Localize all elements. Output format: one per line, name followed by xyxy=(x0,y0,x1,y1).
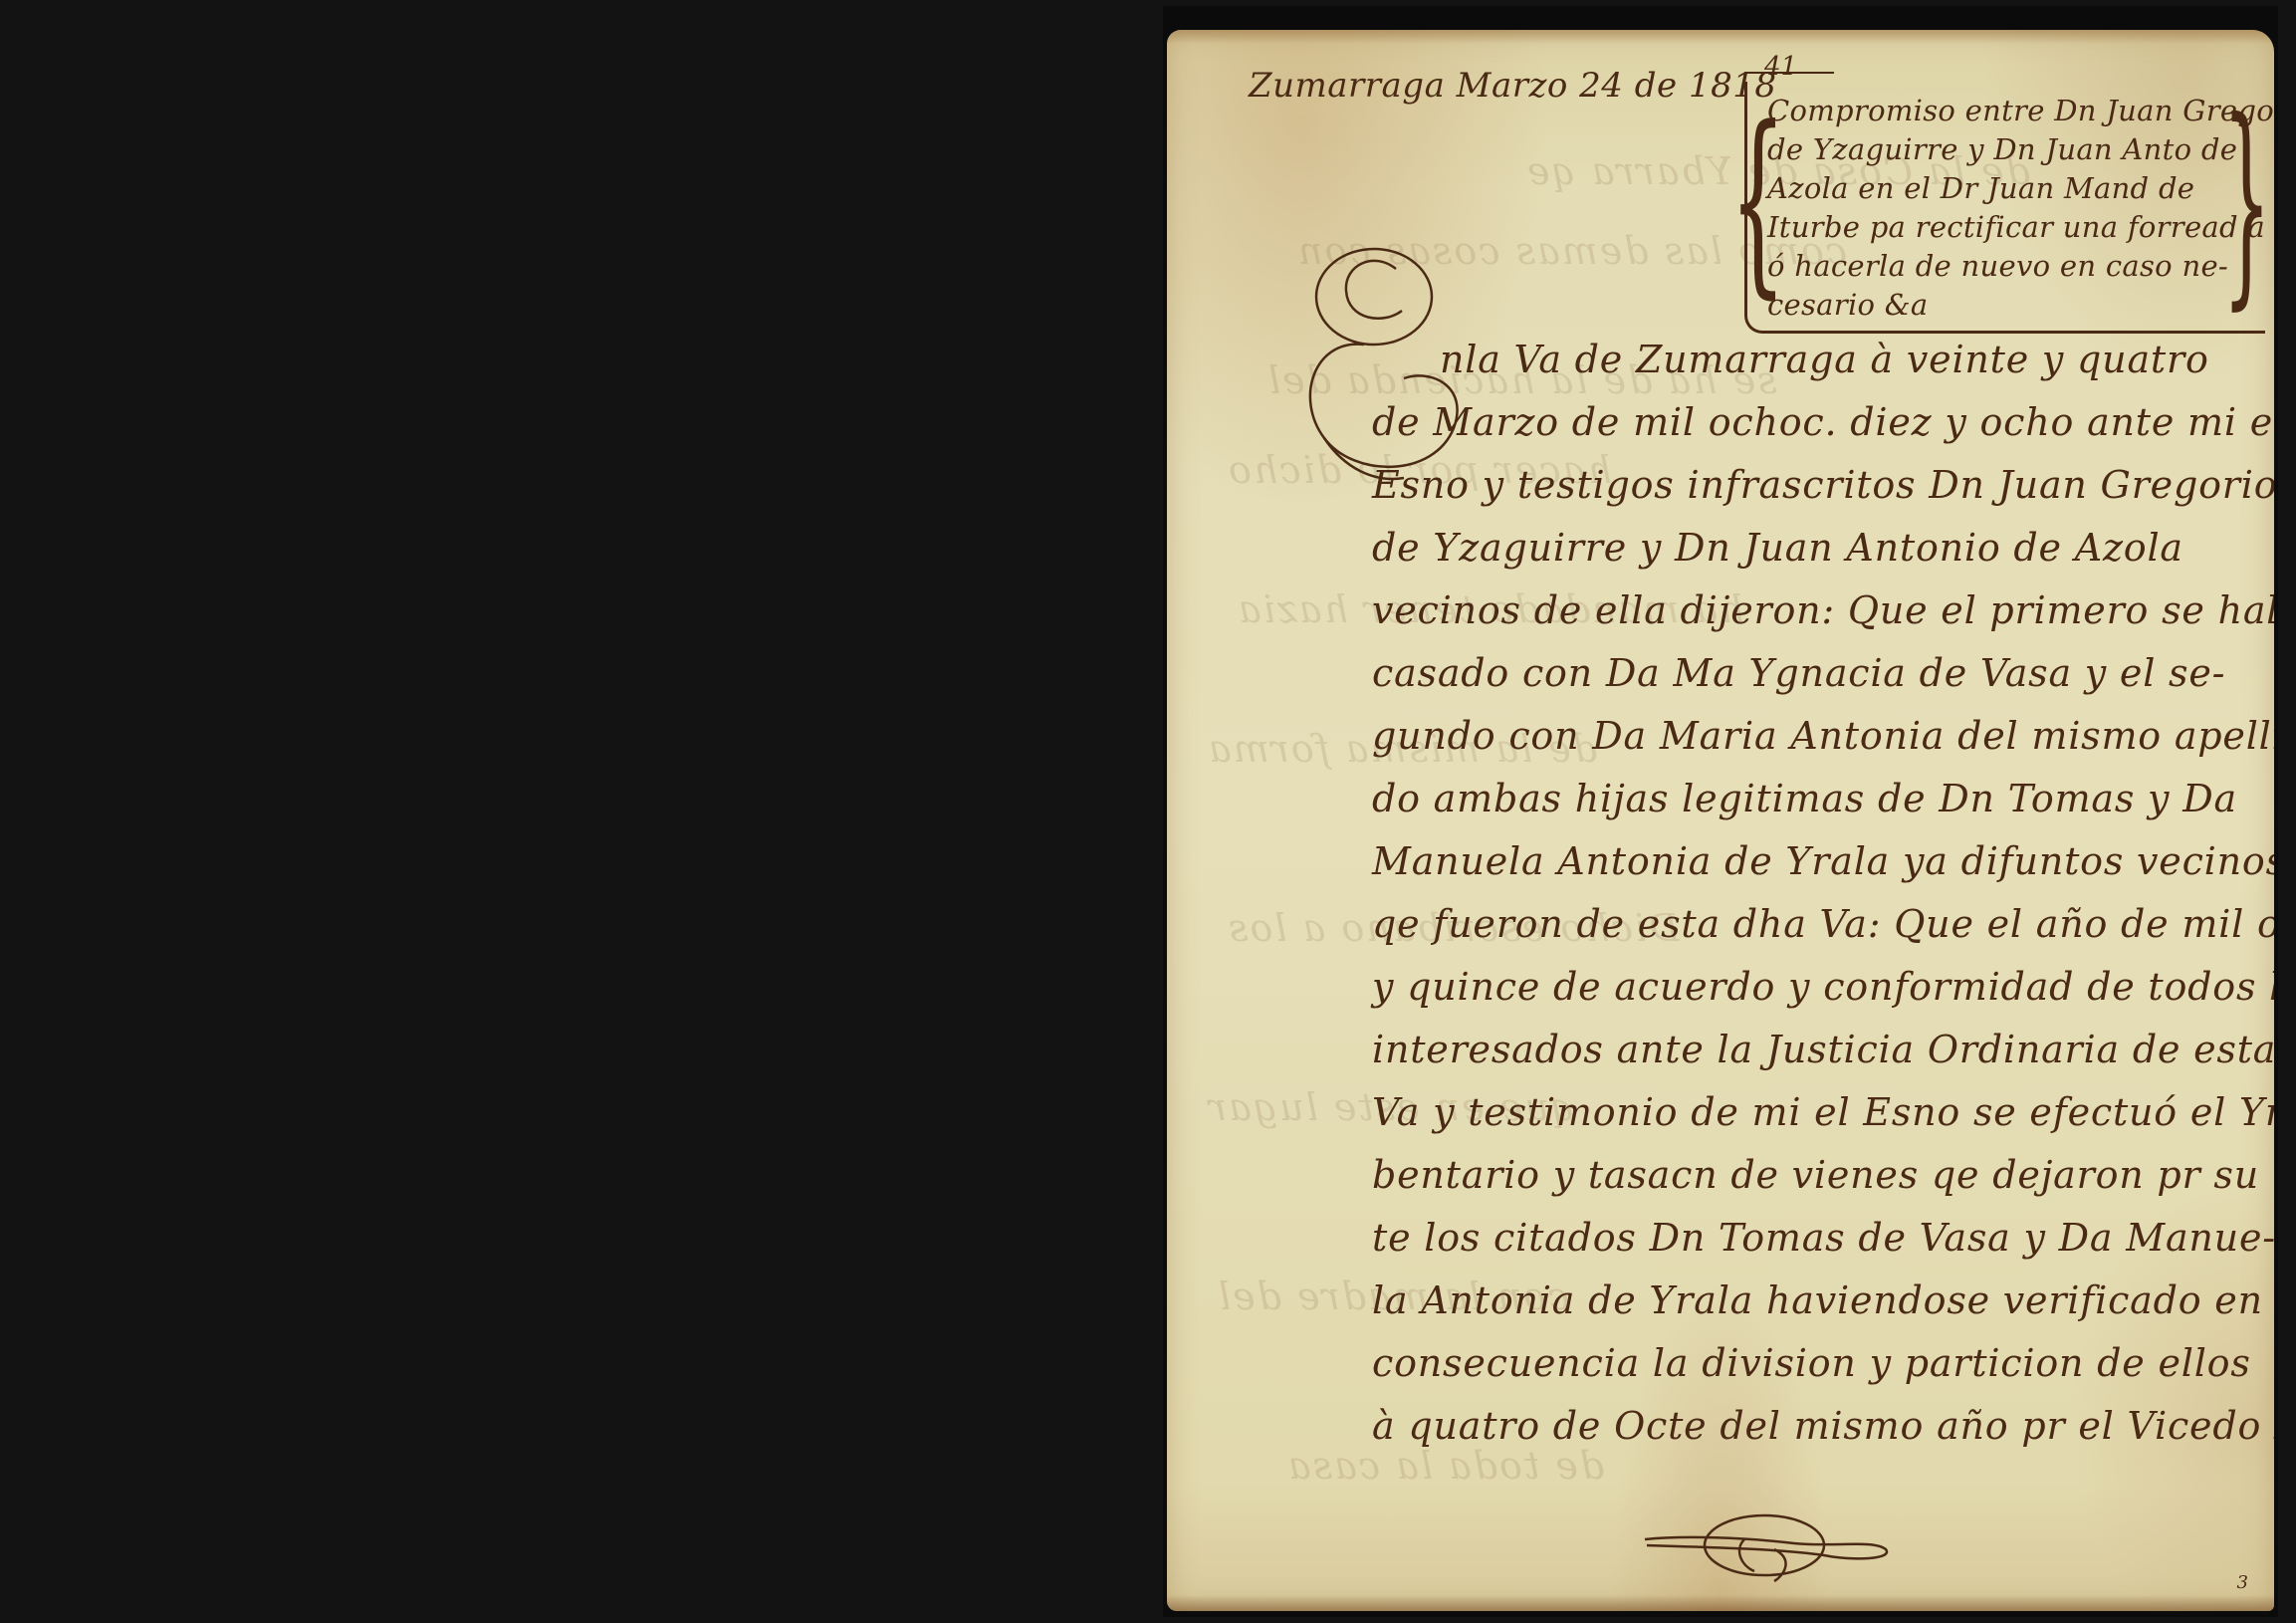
torn-bottom-edge xyxy=(1167,1595,2274,1611)
body-line: Va y testimonio de mi el Esno se efectuó… xyxy=(1372,1081,2248,1144)
margin-note-line: cesario &a xyxy=(1767,286,2245,325)
margin-note-line: Azola en el Dr Juan Mand de xyxy=(1767,169,2245,208)
margin-note-box: { } Compromiso entre Dn Juan Grego de Yz… xyxy=(1744,82,2265,334)
body-line: à quatro de Octe del mismo año pr el Vic… xyxy=(1372,1395,2248,1458)
page-mark: 3 xyxy=(2237,1572,2248,1593)
margin-note-line: de Yzaguirre y Dn Juan Anto de xyxy=(1767,130,2245,169)
body-line: bentario y tasacn de vienes qe dejaron p… xyxy=(1372,1144,2248,1207)
closing-flourish-icon xyxy=(1625,1509,1904,1589)
margin-note-line: Iturbe pa rectificar una forread a xyxy=(1767,208,2245,247)
body-line: nla Va de Zumarraga à veinte y quatro xyxy=(1372,329,2248,391)
body-line: gundo con Da Maria Antonia del mismo ape… xyxy=(1372,705,2248,768)
body-line: do ambas hijas legitimas de Dn Tomas y D… xyxy=(1372,768,2248,830)
body-line: y quince de acuerdo y conformidad de tod… xyxy=(1372,956,2248,1019)
body-line: Esno y testigos infrascritos Dn Juan Gre… xyxy=(1372,454,2248,517)
manuscript-page: de la Cosa de Ybarra qe como las demas c… xyxy=(1167,30,2274,1611)
body-line: consecuencia la division y particion de … xyxy=(1372,1332,2248,1395)
body-line: qe fueron de esta dha Va: Que el año de … xyxy=(1372,893,2248,956)
body-line: vecinos de ella dijeron: Que el primero … xyxy=(1372,580,2248,642)
body-line: interesados ante la Justicia Ordinaria d… xyxy=(1372,1019,2248,1081)
body-line: casado con Da Ma Ygnacia de Vasa y el se… xyxy=(1372,642,2248,705)
margin-note-line: Compromiso entre Dn Juan Grego xyxy=(1767,92,2245,130)
body-line: Manuela Antonia de Yrala ya difuntos vec… xyxy=(1372,830,2248,893)
body-line: la Antonia de Yrala haviendose verificad… xyxy=(1372,1270,2248,1332)
folio-number: 41 xyxy=(1764,52,1797,82)
body-line: de Marzo de mil ochoc. diez y ocho ante … xyxy=(1372,391,2248,454)
body-line: de Yzaguirre y Dn Juan Antonio de Azola xyxy=(1372,517,2248,580)
body-line: te los citados Dn Tomas de Vasa y Da Man… xyxy=(1372,1207,2248,1270)
place-date-heading: Zumarraga Marzo 24 de 1818 xyxy=(1249,66,1776,106)
body-text: nla Va de Zumarraga à veinte y quatro de… xyxy=(1372,329,2248,1458)
margin-note-text: Compromiso entre Dn Juan Grego de Yzagui… xyxy=(1767,92,2245,325)
margin-note-line: ó hacerla de nuevo en caso ne- xyxy=(1767,247,2245,286)
torn-top-edge xyxy=(1167,30,2274,44)
